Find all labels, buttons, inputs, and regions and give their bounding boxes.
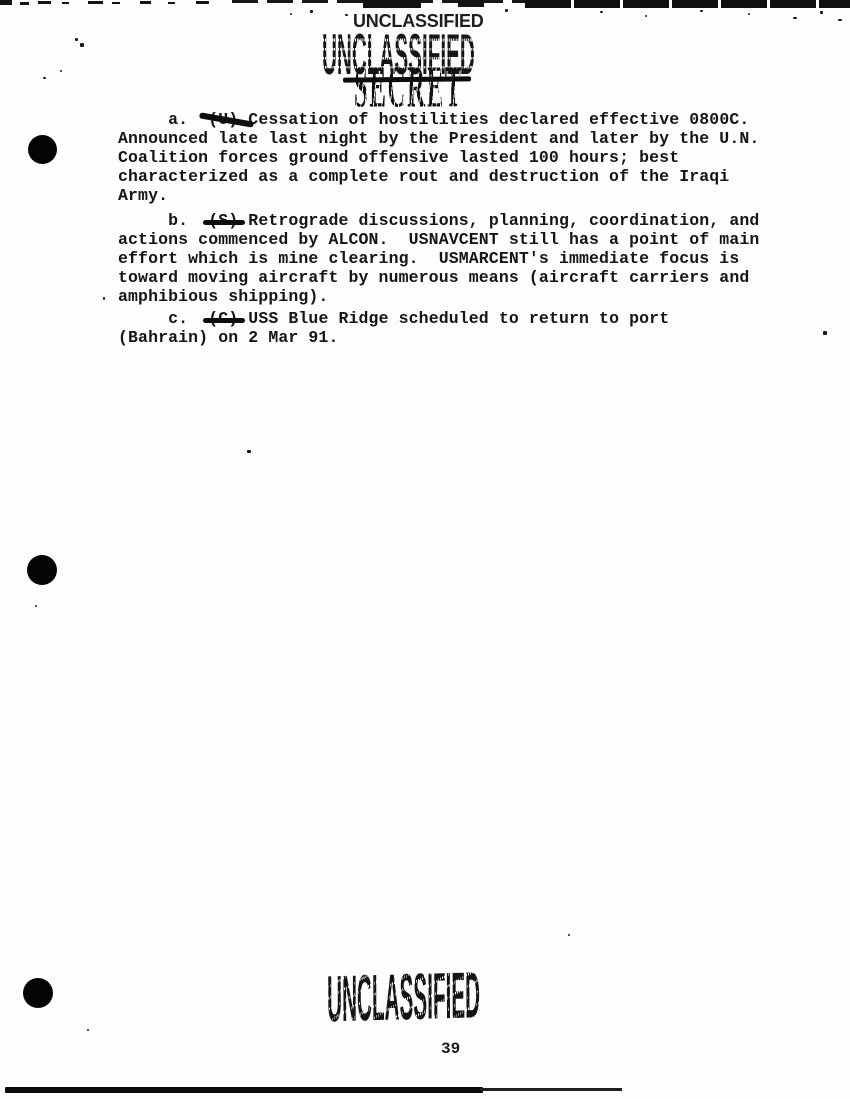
scan-speck <box>645 15 647 17</box>
scan-speck <box>823 331 827 335</box>
scan-speck <box>35 605 37 607</box>
scan-speck <box>247 450 251 453</box>
scan-edge-segment <box>140 1 151 4</box>
scan-speck <box>87 1029 89 1031</box>
scan-speck <box>60 70 62 72</box>
paragraph-b-first-line: b. (S) Retrograde discussions, planning,… <box>118 211 790 230</box>
paragraph-a: a. (U) Cessation of hostilities declared… <box>118 110 790 205</box>
text-line: Army. <box>118 186 790 205</box>
paragraph-b-label: b. <box>118 211 208 230</box>
text-line: Announced late last night by the Preside… <box>118 129 790 148</box>
bottom-rule-taper <box>480 1088 622 1091</box>
scan-speck <box>345 14 348 16</box>
paragraph-c-text: USS Blue Ridge scheduled to return to po… <box>238 309 669 328</box>
scan-edge-segment <box>458 0 484 7</box>
hole-punch-dot <box>23 978 53 1008</box>
scan-edge-segment <box>363 0 421 8</box>
text-line: (Bahrain) on 2 Mar 91. <box>118 328 790 347</box>
paragraph-a-text: Cessation of hostilities declared effect… <box>238 110 749 129</box>
paragraph-b: b. (S) Retrograde discussions, planning,… <box>118 211 790 306</box>
text-line: effort which is mine clearing. USMARCENT… <box>118 249 790 268</box>
text-line: toward moving aircraft by numerous means… <box>118 268 790 287</box>
scan-edge-segment <box>88 1 103 4</box>
paragraph-c-lines: (Bahrain) on 2 Mar 91. <box>118 328 790 347</box>
scan-speck <box>103 297 105 300</box>
text-line: amphibious shipping). <box>118 287 790 306</box>
scan-speck <box>80 43 84 47</box>
scan-edge-segment <box>0 0 12 5</box>
page-number: 39 <box>441 1040 460 1058</box>
scan-speck <box>793 17 797 19</box>
scan-edge-segment <box>112 2 120 4</box>
scan-speck <box>290 13 292 15</box>
classification-marking-struck: (C) <box>208 309 238 328</box>
bottom-rule <box>5 1087 483 1093</box>
scan-edge-segment <box>20 2 29 5</box>
text-line: characterized as a complete rout and des… <box>118 167 790 186</box>
classification-marking-struck: (S) <box>208 211 238 230</box>
hole-punch-dot <box>27 555 57 585</box>
scan-edge-segment <box>168 2 175 4</box>
paragraph-c: c. (C) USS Blue Ridge scheduled to retur… <box>118 309 790 347</box>
scan-speck <box>748 13 750 15</box>
text-line: actions commenced by ALCON. USNAVCENT st… <box>118 230 790 249</box>
scan-edge-segment <box>62 2 69 4</box>
paragraph-a-first-line: a. (U) Cessation of hostilities declared… <box>118 110 790 129</box>
scan-edge-segment <box>38 1 51 4</box>
scan-edge-segment <box>196 1 209 4</box>
scan-speck <box>43 77 46 79</box>
document-page: UNCLASSIFIED UNCLASSIFIED SECRET a. (U) … <box>0 0 850 1099</box>
scan-speck <box>600 11 603 13</box>
scan-speck <box>700 10 703 12</box>
paragraph-b-lines: actions commenced by ALCON. USNAVCENT st… <box>118 230 790 306</box>
paragraph-b-text: Retrograde discussions, planning, coordi… <box>238 211 759 230</box>
scan-speck <box>568 934 570 936</box>
hole-punch-dot <box>28 135 57 164</box>
scan-speck <box>838 19 842 21</box>
scan-edge-bar <box>525 0 850 8</box>
text-line: Coalition forces ground offensive lasted… <box>118 148 790 167</box>
scan-speck <box>75 38 78 41</box>
secret-stamp: SECRET <box>354 57 463 117</box>
scan-speck <box>310 10 313 13</box>
paragraph-a-lines: Announced late last night by the Preside… <box>118 129 790 205</box>
scan-speck <box>505 9 508 12</box>
paragraph-c-label: c. <box>118 309 208 328</box>
classification-marking-struck: (U) <box>208 110 238 129</box>
paragraph-c-first-line: c. (C) USS Blue Ridge scheduled to retur… <box>118 309 790 328</box>
paragraph-a-label: a. <box>118 110 208 129</box>
scan-speck <box>820 11 823 14</box>
bottom-unclassified-stamp: UNCLASSIFIED <box>327 962 480 1032</box>
